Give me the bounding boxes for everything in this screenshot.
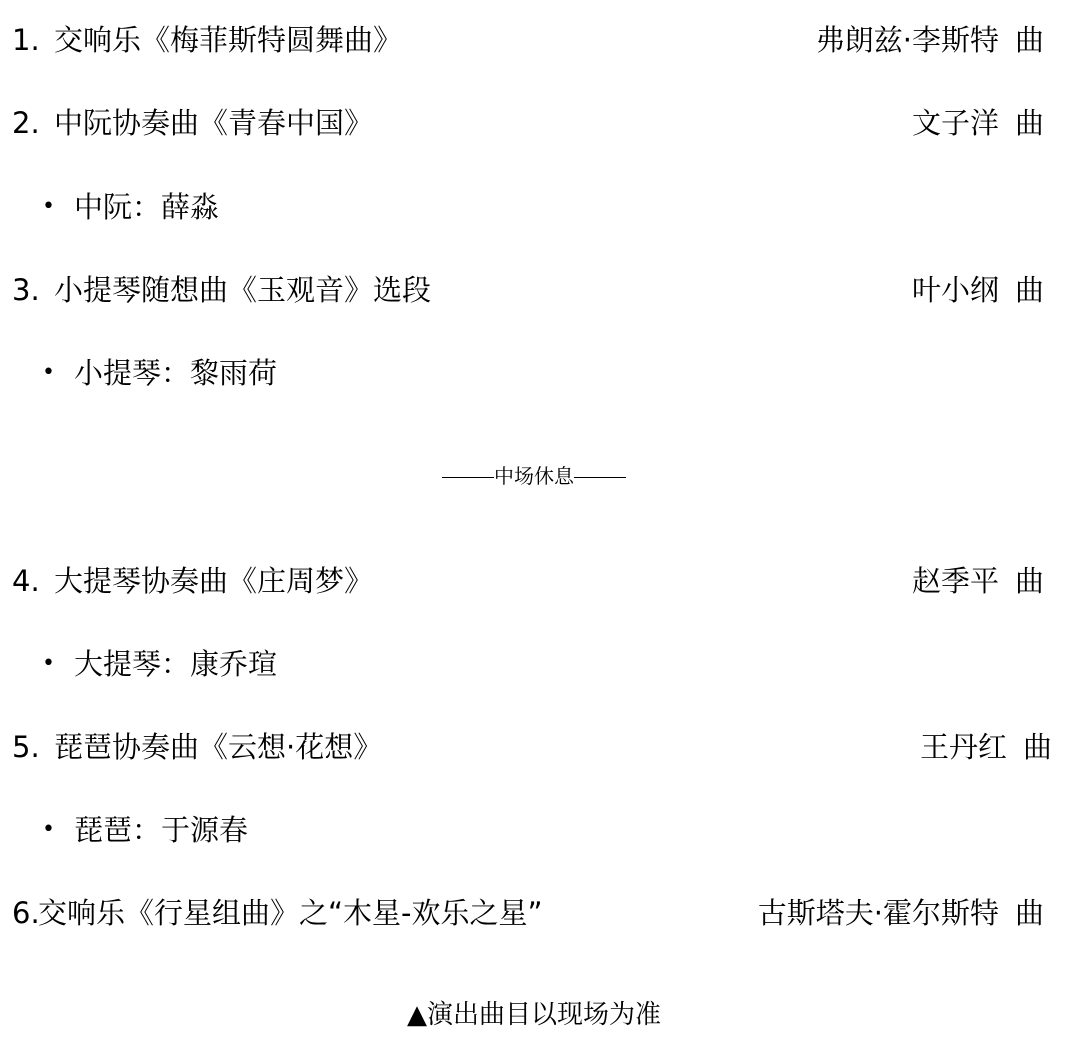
performer-item-3: • 小提琴：黎雨荷	[0, 353, 1068, 393]
performer-credit: 中阮：薛淼	[74, 187, 219, 227]
composer-suffix: 曲	[1015, 273, 1044, 307]
item-number: 2.	[12, 103, 40, 143]
piece-title: 小提琴随想曲《玉观音》选段	[54, 270, 431, 310]
bullet-icon: •	[42, 644, 55, 684]
performer-credit: 小提琴：黎雨荷	[74, 353, 277, 393]
composer-credit: 弗朗兹·李斯特曲	[816, 20, 1044, 60]
piece-title: 交响乐《行星组曲》之“木星-欢乐之星”	[38, 893, 543, 933]
performer-item-2: • 中阮：薛淼	[0, 187, 1068, 227]
composer-credit: 王丹红曲	[920, 727, 1052, 767]
composer-name: 王丹红	[920, 730, 1007, 764]
composer-suffix: 曲	[1023, 730, 1052, 764]
divider-line-left	[442, 477, 494, 478]
composer-name: 文子洋	[912, 106, 999, 140]
composer-name: 弗朗兹·李斯特	[816, 23, 999, 57]
composer-suffix: 曲	[1015, 564, 1044, 598]
bullet-icon: •	[42, 187, 55, 227]
program-item-3: 3. 小提琴随想曲《玉观音》选段 叶小纲曲	[0, 270, 1068, 310]
program-item-5: 5. 琵琶协奏曲《云想·花想》 王丹红曲	[0, 727, 1068, 767]
bullet-icon: •	[42, 810, 55, 850]
item-number: 3.	[12, 270, 40, 310]
composer-credit: 古斯塔夫·霍尔斯特曲	[758, 893, 1044, 933]
composer-name: 古斯塔夫·霍尔斯特	[758, 896, 999, 930]
intermission-divider: 中场休息	[0, 460, 1068, 492]
piece-title: 中阮协奏曲《青春中国》	[54, 103, 373, 143]
item-number: 6.	[12, 893, 40, 933]
item-number: 1.	[12, 20, 40, 60]
composer-name: 赵季平	[912, 564, 999, 598]
program-item-2: 2. 中阮协奏曲《青春中国》 文子洋曲	[0, 103, 1068, 143]
composer-credit: 赵季平曲	[912, 561, 1044, 601]
piece-title: 交响乐《梅菲斯特圆舞曲》	[54, 20, 402, 60]
composer-credit: 文子洋曲	[912, 103, 1044, 143]
composer-suffix: 曲	[1015, 23, 1044, 57]
performer-item-4: • 大提琴：康乔瑄	[0, 644, 1068, 684]
program-item-1: 1. 交响乐《梅菲斯特圆舞曲》 弗朗兹·李斯特曲	[0, 20, 1068, 60]
intermission-label: 中场休息	[494, 464, 574, 488]
performer-item-5: • 琵琶：于源春	[0, 810, 1068, 850]
bullet-icon: •	[42, 353, 55, 393]
piece-title: 大提琴协奏曲《庄周梦》	[54, 561, 373, 601]
performer-credit: 大提琴：康乔瑄	[74, 644, 277, 684]
composer-credit: 叶小纲曲	[912, 270, 1044, 310]
divider-line-right	[574, 477, 626, 478]
composer-name: 叶小纲	[912, 273, 999, 307]
item-number: 5.	[12, 727, 40, 767]
performer-credit: 琵琶：于源春	[74, 810, 248, 850]
item-number: 4.	[12, 561, 40, 601]
composer-suffix: 曲	[1015, 106, 1044, 140]
concert-program: 1. 交响乐《梅菲斯特圆舞曲》 弗朗兹·李斯特曲 2. 中阮协奏曲《青春中国》 …	[0, 0, 1068, 1054]
piece-title: 琵琶协奏曲《云想·花想》	[54, 727, 382, 767]
program-item-4: 4. 大提琴协奏曲《庄周梦》 赵季平曲	[0, 561, 1068, 601]
program-footnote: ▲演出曲目以现场为准	[0, 996, 1068, 1034]
program-item-6: 6. 交响乐《行星组曲》之“木星-欢乐之星” 古斯塔夫·霍尔斯特曲	[0, 893, 1068, 933]
composer-suffix: 曲	[1015, 896, 1044, 930]
